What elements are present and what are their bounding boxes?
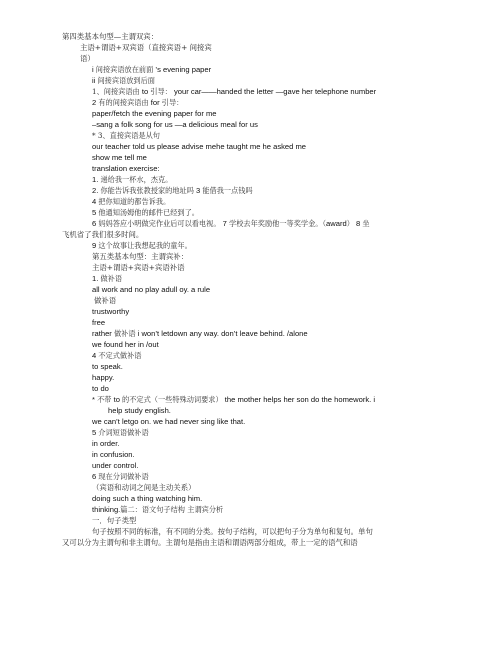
document-line: 1、间接宾语由 to 引导： your car——handed the lett…: [92, 87, 376, 97]
text-run: 不定式做补语: [98, 351, 141, 360]
document-line: 2. 你能告诉我张教授家的地址吗 3 能借我一点钱吗: [92, 186, 253, 196]
text-run: 引导：: [150, 87, 172, 96]
text-run: your car——handed the letter —gave her te…: [172, 87, 376, 96]
text-run: 间接宾语由: [104, 87, 140, 96]
text-run: to: [111, 395, 122, 404]
text-run: for: [149, 98, 162, 107]
text-run: 现在分词做补语: [98, 472, 148, 481]
document-line: 6 现在分词做补语: [92, 472, 149, 482]
text-run: 篇二：语文句子结构 主谓宾分析: [120, 505, 223, 514]
document-line: thinking.篇二：语文句子结构 主谓宾分析: [92, 505, 223, 515]
document-line: i 间接宾语放在前面 ’s evening paper: [92, 65, 211, 75]
document-line: 主语+谓语+双宾语（直接宾语+ 间接宾: [80, 43, 212, 53]
document-line: 一．句子类型: [92, 516, 136, 526]
text-run: 间接宾语放到后面: [97, 76, 155, 85]
text-run: 直接宾语是从句: [110, 131, 160, 140]
document-line: 4 不定式做补语: [92, 351, 141, 361]
text-run: 引导：: [162, 98, 184, 107]
document-line: 1. 做补语: [92, 274, 122, 284]
document-line: we can’t letgo on. we had never sing lik…: [92, 417, 245, 427]
text-run: 有的间接宾语由: [98, 98, 148, 107]
document-line: （宾语和动词之间是主动关系）: [92, 483, 195, 493]
document-line: under control.: [92, 461, 138, 471]
document-line: 第四类基本句型—主谓双宾：: [62, 32, 158, 42]
text-run: 7: [221, 219, 229, 228]
text-run: award: [326, 219, 347, 228]
text-run: 1、: [92, 87, 104, 96]
text-run: 他通知汤姆他的邮件已经到了。: [98, 208, 199, 217]
document-line: * 3、直接宾语是从句: [92, 131, 160, 141]
document-line: all work and no play adull oy. a rule: [92, 285, 210, 295]
text-run: to: [140, 87, 151, 96]
document-line: 又可以分为主谓句和非主谓句。主谓句是指由主语和谓语两部分组成，带上一定的语气和语: [62, 538, 358, 548]
text-run: 能借我一点钱吗: [202, 186, 252, 195]
document-page: 第四类基本句型—主谓双宾：主语+谓语+双宾语（直接宾语+ 间接宾语）i 间接宾语…: [0, 0, 502, 649]
document-line: 句子按照不同的标准，有不同的分类。按句子结构，可以把句子分为单句和复句。单句: [92, 527, 373, 537]
document-line: 飞机省了我们很多时间。: [62, 230, 143, 240]
document-line: translation exercise:: [92, 164, 160, 174]
document-line: 5 介词短语做补语: [92, 428, 149, 438]
document-line: 5 他通知汤姆他的邮件已经到了。: [92, 208, 199, 218]
text-run: 介词短语做补语: [98, 428, 148, 437]
document-line: 1. 递给我一杯水，杰克。: [92, 175, 172, 185]
text-run: 妈妈答应小明做完作业后可以看电视。: [98, 219, 220, 228]
document-line: trustworthy: [92, 307, 129, 317]
document-line: show me tell me: [92, 153, 147, 163]
text-run: ）: [347, 219, 354, 228]
text-run: ’s evening paper: [153, 65, 211, 74]
document-line: 9 这个故事让我想起我的童年。: [92, 241, 192, 251]
text-run: 你能告诉我张教授家的地址吗: [100, 186, 193, 195]
document-line: we found her in /out: [92, 340, 159, 350]
document-line: –sang a folk song for us —a delicious me…: [92, 120, 258, 130]
text-run: 做补语: [114, 329, 136, 338]
text-run: 学校去年奖励他一等奖学金。（: [229, 219, 326, 228]
text-run: thinking.: [92, 505, 120, 514]
document-line: 4 把你知道的都告诉我。: [92, 197, 170, 207]
document-line: 6 妈妈答应小明做完作业后可以看电视。 7 学校去年奖励他一等奖学金。（awar…: [92, 219, 370, 229]
document-line: * 不带 to 的不定式（一些特殊动词要求） the mother helps …: [92, 395, 375, 405]
text-run: 把你知道的都告诉我。: [98, 197, 170, 206]
document-line: to do: [92, 384, 109, 394]
document-line: our teacher told us please advise mehe t…: [92, 142, 306, 152]
text-run: 坐: [362, 219, 369, 228]
document-line: doing such a thing watching him.: [92, 494, 202, 504]
document-line: in order.: [92, 439, 119, 449]
text-run: 间接宾语放在前面: [96, 65, 154, 74]
document-line: 语）: [80, 54, 95, 64]
document-line: ii 间接宾语放到后面: [92, 76, 155, 86]
text-run: 不带: [97, 395, 111, 404]
text-run: the mother helps her son do the homework…: [223, 395, 375, 404]
text-run: * 3、: [92, 131, 110, 140]
document-line: happy.: [92, 373, 114, 383]
document-line: 第五类基本句型：主谓宾补：: [92, 252, 188, 262]
document-line: paper/fetch the evening paper for me: [92, 109, 217, 119]
document-line: free: [92, 318, 105, 328]
document-line: 做补语: [94, 296, 116, 306]
text-run: 递给我一杯水，杰克。: [100, 175, 172, 184]
text-run: 的不定式（一些特殊动词要求）: [122, 395, 223, 404]
text-run: 这个故事让我想起我的童年。: [98, 241, 191, 250]
text-run: 做补语: [100, 274, 122, 283]
document-line: 主语+谓语+宾语+宾语补语: [92, 263, 185, 273]
document-line: rather 做补语 i won’t letdown any way. don’…: [92, 329, 308, 339]
document-line: 2 有的间接宾语由 for 引导：: [92, 98, 183, 108]
document-line: to speak.: [92, 362, 123, 372]
document-line: in confusion.: [92, 450, 135, 460]
document-line: help study english.: [108, 406, 171, 416]
text-run: rather: [92, 329, 114, 338]
text-run: i won’t letdown any way. don’t leave beh…: [136, 329, 308, 338]
